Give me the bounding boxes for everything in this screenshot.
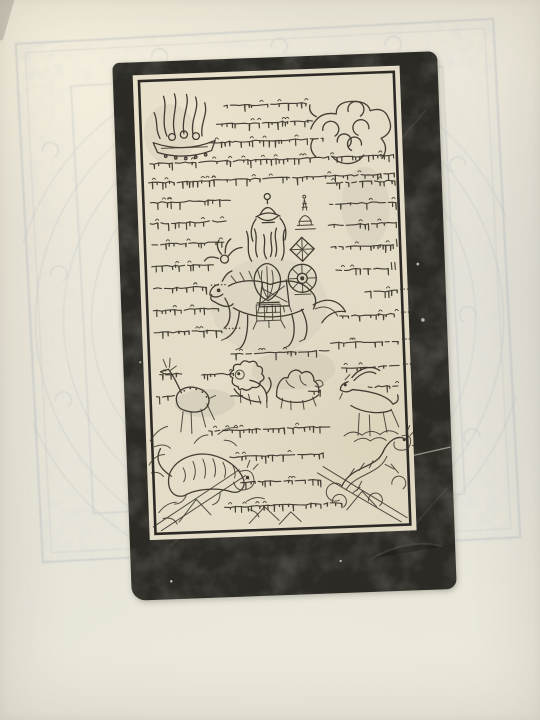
inner-panel — [133, 66, 417, 540]
photograph-of-woodblock-print: Photograph of a Tibetan lungta (windhors… — [0, 0, 540, 720]
print-content — [133, 66, 417, 540]
photo-corner-shadow — [0, 0, 17, 41]
woodblock-print — [112, 51, 456, 601]
